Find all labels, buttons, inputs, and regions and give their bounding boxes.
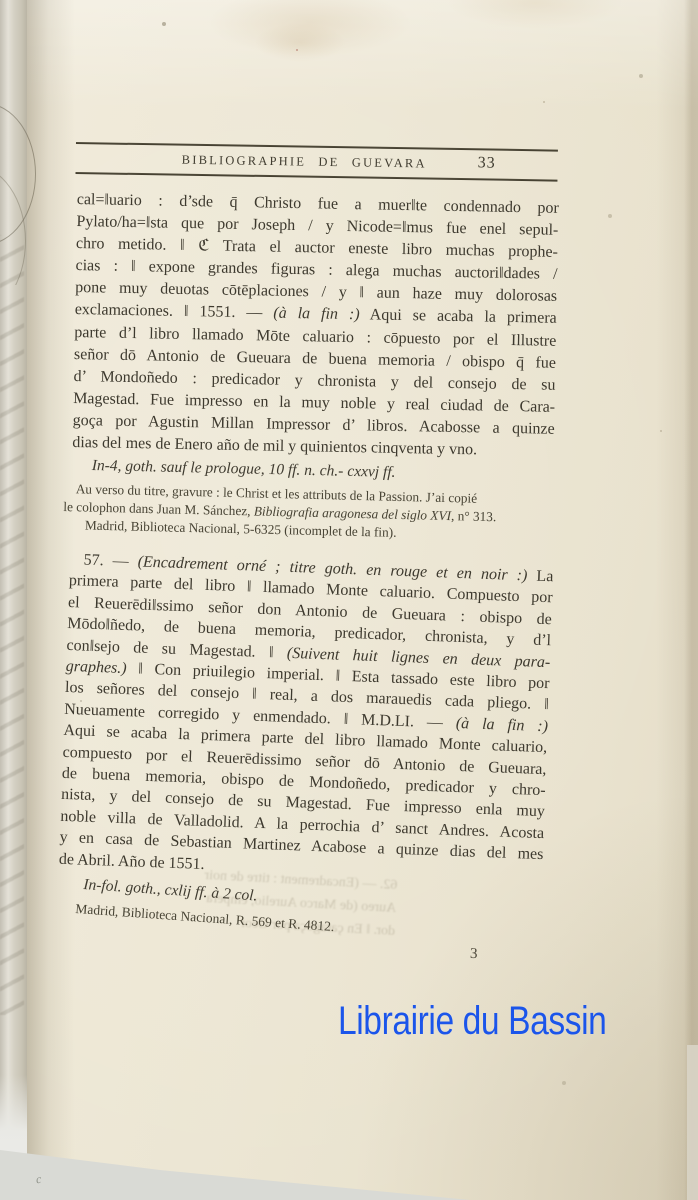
entry-56-text: cal=‖uario : d’sde q̄ Christo fue a muer… — [72, 189, 559, 463]
page-number: 33 — [478, 154, 496, 172]
page-right-edge-deckle — [687, 1045, 698, 1200]
watermark-text: Librairie du Bassin — [338, 999, 606, 1044]
fore-edge-print-marks — [0, 235, 24, 1015]
book-page-photo: BIBLIOGRAPHIE DE GUEVARA 33 cal=‖uario :… — [0, 0, 698, 1200]
signature-mark: 3 — [470, 946, 478, 963]
running-title: BIBLIOGRAPHIE DE GUEVARA — [182, 153, 427, 172]
page-right-edge-shadow — [684, 0, 698, 1200]
entry-57-text: 57. — (Encadrement orné ; titre goth. en… — [59, 549, 554, 887]
